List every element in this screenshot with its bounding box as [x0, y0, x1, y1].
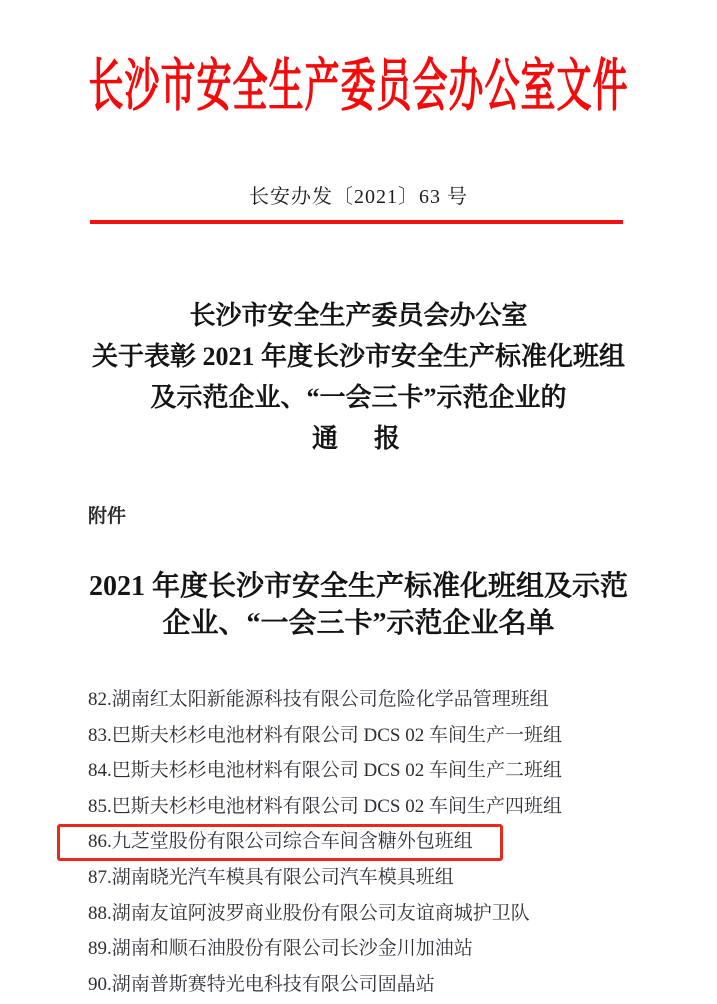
document-page: 长沙市安全生产委员会办公室文件 长安办发〔2021〕63 号 长沙市安全生产委员…: [0, 0, 717, 1004]
list-title-line-2: 企业、“一会三卡”示范企业名单: [0, 605, 717, 642]
notice-title-line-2: 关于表彰 2021 年度长沙市安全生产标准化班组: [0, 336, 717, 377]
list-item-83: 83.巴斯夫杉杉电池材料有限公司 DCS 02 车间生产一班组: [0, 718, 717, 754]
award-list: 82.湖南红太阳新能源科技有限公司危险化学品管理班组 83.巴斯夫杉杉电池材料有…: [0, 682, 717, 1002]
list-item-85: 85.巴斯夫杉杉电池材料有限公司 DCS 02 车间生产四班组: [0, 789, 717, 825]
notice-title-line-4: 通 报: [0, 418, 717, 459]
attachment-label: 附件: [88, 505, 126, 529]
document-header-title: 长沙市安全生产委员会办公室文件: [88, 58, 628, 115]
list-title-line-1: 2021 年度长沙市安全生产标准化班组及示范: [0, 568, 717, 605]
list-item-text: 87.湖南晓光汽车模具有限公司汽车模具班组: [88, 867, 454, 888]
list-title: 2021 年度长沙市安全生产标准化班组及示范 企业、“一会三卡”示范企业名单: [0, 568, 717, 642]
list-item-text: 83.巴斯夫杉杉电池材料有限公司 DCS 02 车间生产一班组: [88, 725, 562, 746]
list-item-89: 89.湖南和顺石油股份有限公司长沙金川加油站: [0, 931, 717, 967]
list-item-82: 82.湖南红太阳新能源科技有限公司危险化学品管理班组: [0, 682, 717, 718]
list-item-90: 90.湖南普斯赛特光电科技有限公司固晶站: [0, 967, 717, 1003]
document-header-banner: 长沙市安全生产委员会办公室文件: [0, 58, 717, 93]
list-item-text: 82.湖南红太阳新能源科技有限公司危险化学品管理班组: [88, 689, 549, 710]
list-item-86-highlighted: 86.九芝堂股份有限公司综合车间含糖外包班组: [0, 824, 717, 860]
notice-title-line-3: 及示范企业、“一会三卡”示范企业的: [0, 377, 717, 418]
notice-title: 长沙市安全生产委员会办公室 关于表彰 2021 年度长沙市安全生产标准化班组 及…: [0, 295, 717, 459]
list-item-87: 87.湖南晓光汽车模具有限公司汽车模具班组: [0, 860, 717, 896]
list-item-text: 85.巴斯夫杉杉电池材料有限公司 DCS 02 车间生产四班组: [88, 796, 562, 817]
red-divider-line: [90, 220, 623, 224]
list-item-88: 88.湖南友谊阿波罗商业股份有限公司友谊商城护卫队: [0, 896, 717, 932]
list-item-text: 84.巴斯夫杉杉电池材料有限公司 DCS 02 车间生产二班组: [88, 760, 562, 781]
list-item-text: 86.九芝堂股份有限公司综合车间含糖外包班组: [88, 831, 473, 852]
list-item-text: 90.湖南普斯赛特光电科技有限公司固晶站: [88, 974, 435, 995]
list-item-84: 84.巴斯夫杉杉电池材料有限公司 DCS 02 车间生产二班组: [0, 753, 717, 789]
list-item-text: 89.湖南和顺石油股份有限公司长沙金川加油站: [88, 938, 473, 959]
document-number: 长安办发〔2021〕63 号: [0, 184, 717, 210]
notice-title-line-1: 长沙市安全生产委员会办公室: [0, 295, 717, 336]
list-item-text: 88.湖南友谊阿波罗商业股份有限公司友谊商城护卫队: [88, 903, 530, 924]
